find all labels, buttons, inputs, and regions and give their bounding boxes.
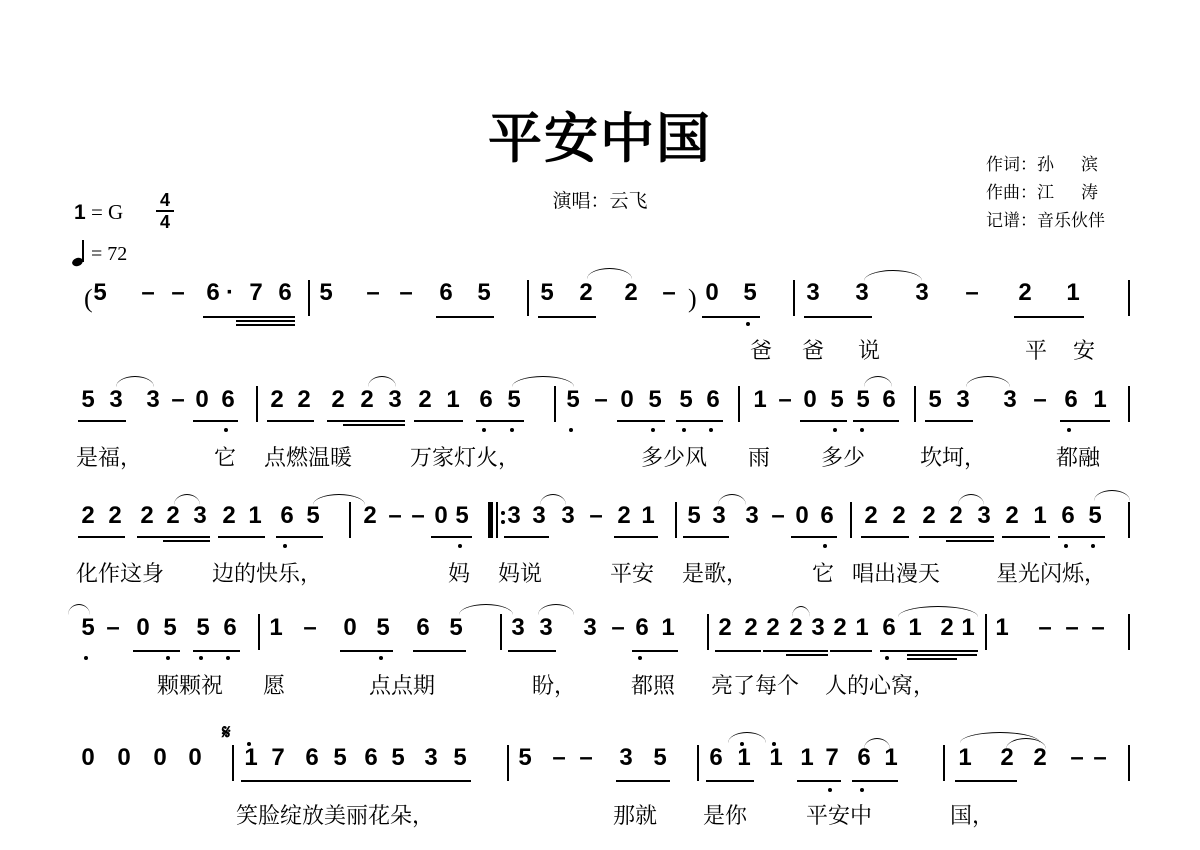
note: 5 [453,746,466,770]
note: · [226,281,234,305]
note: 1 [769,746,782,770]
repeat-start-thin-bar [496,502,498,538]
slur-arc [459,604,513,615]
barline [308,280,310,316]
beam-underline [791,536,837,538]
slur-arc [1094,490,1130,501]
note: 5 [507,388,520,412]
note: – [1038,616,1051,640]
beam-underline [436,316,494,318]
lyric: 说 [858,340,880,364]
note: 0 [81,746,94,770]
note: 1 [641,504,654,528]
key-name: = G [86,200,124,224]
note: – [778,388,791,412]
octave-dot [833,428,837,432]
note: 5 [449,616,462,640]
note: 0 [434,504,447,528]
transcriber-credit: 记谱：音乐伙伴 [986,207,1105,235]
note: – [1091,616,1104,640]
note: – [141,281,154,305]
note: 0 [803,388,816,412]
note: 5 [928,388,941,412]
barline [697,745,699,781]
beam-underline [800,420,847,422]
note: 2 [418,388,431,412]
note: 0 [343,616,356,640]
slur-arc [538,604,574,615]
barline [793,280,795,316]
barline [675,502,677,538]
note: 5 [391,746,404,770]
octave-dot [283,544,287,548]
octave-dot [1091,544,1095,548]
note: 0 [795,504,808,528]
slur-arc [898,606,978,617]
beam-underline [617,420,665,422]
octave-dot [709,428,713,432]
slur-arc [864,376,892,387]
octave-dot [1067,428,1071,432]
note: 3 [811,616,824,640]
beam-underline [163,540,210,542]
note: 6 [221,388,234,412]
beam-underline [78,420,126,422]
note: 5 [566,388,579,412]
note: 2 [1033,746,1046,770]
beam-underline [78,536,125,538]
slur-arc [512,376,574,387]
note: 2 [108,504,121,528]
note: 0 [620,388,633,412]
barline [1128,386,1130,422]
lyric: 人的心窝， [825,675,935,699]
note: 3 [539,616,552,640]
note: 3 [388,388,401,412]
note: 2 [1018,281,1031,305]
slur-arc [728,732,766,743]
octave-dot [247,742,251,746]
note: 5 [333,746,346,770]
lyric: 安 [1073,340,1095,364]
beam-underline [852,780,898,782]
octave-dot [828,788,832,792]
beam-underline [1014,316,1084,318]
repeat-dots [501,506,505,529]
note: 1 [908,616,921,640]
note: – [1070,746,1083,770]
beam-underline [804,316,872,318]
octave-dot [166,656,170,660]
beam-underline [276,536,323,538]
lyric: 唱出漫天 [852,563,940,587]
note: – [171,281,184,305]
lyric: 边的快乐， [212,563,322,587]
note: – [106,616,119,640]
barline [738,386,740,422]
octave-dot [224,428,228,432]
note: 1 [1093,388,1106,412]
note: – [388,504,401,528]
lyric: 平 [1025,340,1047,364]
note: 2 [744,616,757,640]
beam-underline [193,650,240,652]
note: 1 [800,746,813,770]
beam-underline [476,420,524,422]
beam-underline [538,316,596,318]
lyric: 它 [214,447,236,471]
note: – [589,504,602,528]
open-paren-mark: ( [84,284,93,314]
note: 3 [745,504,758,528]
note: – [366,281,379,305]
quarter-note-icon [72,240,86,266]
lyric: 国， [950,805,994,829]
note: 3 [977,504,990,528]
octave-dot [569,428,573,432]
note: 6 [223,616,236,640]
barline [507,745,509,781]
note: 6 [1064,388,1077,412]
note: 3 [532,504,545,528]
key-signature: 1 = G [74,200,123,225]
beam-underline [925,420,973,422]
barline [232,745,234,781]
lyric: 点点期 [369,675,435,699]
note: 2 [718,616,731,640]
note: 3 [511,616,524,640]
note: 0 [117,746,130,770]
note: – [1065,616,1078,640]
note: 2 [617,504,630,528]
beam-underline [907,654,977,656]
note: 6 [857,746,870,770]
note: – [662,281,675,305]
note: 3 [956,388,969,412]
note: 3 [915,281,928,305]
note: 5 [518,746,531,770]
beam-underline [241,780,289,782]
note: 2 [766,616,779,640]
barline [1128,280,1130,316]
note: 6 [635,616,648,640]
barline [985,614,987,650]
repeat-start-thick-bar [488,502,493,538]
note: 0 [188,746,201,770]
note: 2 [624,281,637,305]
slur-arc [68,604,90,615]
note: – [1033,388,1046,412]
note: 7 [271,746,284,770]
note: 6 [280,504,293,528]
beam-underline [946,540,994,542]
note: 6 [206,281,219,305]
note: 2 [297,388,310,412]
note: 5 [319,281,332,305]
note: 1 [961,616,974,640]
lyric: 都融 [1056,447,1100,471]
note: – [594,388,607,412]
note: 3 [806,281,819,305]
barline [527,280,529,316]
note: 5 [1088,504,1101,528]
lyric: 那就 [613,805,657,829]
beam-underline [1058,536,1105,538]
octave-dot [226,656,230,660]
note: 5 [81,616,94,640]
barline [914,386,916,422]
beam-underline [614,536,658,538]
slur-arc [540,494,566,505]
meter-top: 4 [156,191,174,209]
note: 2 [360,388,373,412]
note: 6 [882,616,895,640]
lyric: 是歌， [682,563,748,587]
barline [256,386,258,422]
note: 3 [507,504,520,528]
beam-underline [508,650,556,652]
note: 6 [709,746,722,770]
slur-arc [368,376,396,387]
beam-underline [133,650,180,652]
note: 1 [244,746,257,770]
note: – [611,616,624,640]
meter-bottom: 4 [156,213,174,231]
beam-underline [343,424,405,426]
note: – [411,504,424,528]
beam-underline [702,316,760,318]
note: 1 [1033,504,1046,528]
note: 2 [833,616,846,640]
barline [554,386,556,422]
beam-underline [632,650,678,652]
beam-underline [193,420,238,422]
beam-underline [676,420,723,422]
lyric: 亮了每个 [711,675,799,699]
beam-underline [413,650,466,652]
note: 5 [163,616,176,640]
octave-dot [458,544,462,548]
note: 5 [93,281,106,305]
note: 2 [864,504,877,528]
note: 1 [269,616,282,640]
beam-underline [706,780,754,782]
beam-underline [327,420,405,422]
note: 1 [855,616,868,640]
octave-dot [199,656,203,660]
note: 1 [661,616,674,640]
beam-underline [218,536,265,538]
note: 3 [424,746,437,770]
lyric: 颗颗祝 [157,675,223,699]
octave-dot [482,428,486,432]
lyric: 爸 [802,340,824,364]
lyric: 盼， [532,675,576,699]
beam-underline [1060,420,1110,422]
octave-dot [860,428,864,432]
note: 1 [737,746,750,770]
lyric: 都照 [631,675,675,699]
lyricist-credit: 作词：孙 滨 [986,151,1105,179]
note: 6 [479,388,492,412]
note: 0 [136,616,149,640]
beam-underline [919,536,994,538]
note: 1 [958,746,971,770]
note: 2 [363,504,376,528]
note: 5 [477,281,490,305]
beam-underline [414,420,463,422]
octave-dot [638,656,642,660]
note: 6 [820,504,833,528]
note: 2 [940,616,953,640]
beam-underline [715,650,761,652]
note: 1 [753,388,766,412]
note: 5 [196,616,209,640]
composer-credit: 作曲：江 涛 [986,179,1105,207]
beam-underline [431,536,472,538]
beam-underline [203,316,295,318]
note: 0 [153,746,166,770]
slur-arc [958,494,984,505]
lyric: 坎坷， [920,447,986,471]
octave-dot [84,656,88,660]
note: – [771,504,784,528]
note: 2 [81,504,94,528]
lyric: 妈 [448,563,470,587]
note: 7 [249,281,262,305]
lyric: 愿 [263,675,285,699]
beam-underline [907,658,957,660]
barline [943,745,945,781]
octave-dot [885,656,889,660]
beam-underline [616,780,670,782]
note: 5 [376,616,389,640]
lyric: 化作这身 [76,563,164,587]
lyric: 万家灯火， [410,447,520,471]
note: – [965,281,978,305]
note: 5 [679,388,692,412]
beam-underline [880,650,978,652]
note: 3 [619,746,632,770]
octave-dot [772,742,776,746]
note: 3 [146,388,159,412]
lyric: 多少 [821,447,865,471]
note: 6 [706,388,719,412]
slur-arc [864,270,922,281]
note: – [552,746,565,770]
note: 2 [222,504,235,528]
note: – [1093,746,1106,770]
barline [1128,614,1130,650]
note: 5 [856,388,869,412]
beam-underline [340,650,393,652]
lyric: 是你 [703,805,747,829]
close-paren-mark: ) [688,284,697,314]
note: 5 [687,504,700,528]
octave-dot [860,788,864,792]
note: 0 [705,281,718,305]
lyric: 笑脸绽放美丽花朵， [236,805,434,829]
note: 1 [446,388,459,412]
note: 3 [855,281,868,305]
beam-underline [504,536,549,538]
lyric: 是福， [76,447,142,471]
note: 2 [789,616,802,640]
slur-arc [864,738,890,749]
note: 3 [561,504,574,528]
credits-block: 作词：孙 滨 作曲：江 涛 记谱：音乐伙伴 [986,151,1105,235]
note: 2 [166,504,179,528]
beam-underline [236,324,295,326]
note: 5 [540,281,553,305]
beam-underline [1002,536,1050,538]
slur-arc [718,494,746,505]
note: – [579,746,592,770]
lyric: 爸 [750,340,772,364]
tempo-value: = 72 [86,243,127,265]
note: 2 [892,504,905,528]
octave-dot [379,656,383,660]
lyric: 平安 [610,563,654,587]
note: 3 [193,504,206,528]
note: 2 [1005,504,1018,528]
note: 0 [195,388,208,412]
note: 2 [270,388,283,412]
time-signature: 4 4 [156,191,174,231]
lyric: 多少风 [641,447,707,471]
octave-dot [510,428,514,432]
note: 1 [248,504,261,528]
barline [258,614,260,650]
beam-underline [853,420,899,422]
note: 3 [1003,388,1016,412]
note: 5 [81,388,94,412]
slur-arc [587,268,632,279]
octave-dot [651,428,655,432]
barline [349,502,351,538]
slur-arc [792,606,810,617]
lyric: 平安中 [806,805,872,829]
note: 5 [306,504,319,528]
note: 3 [109,388,122,412]
octave-dot [823,544,827,548]
barline [1128,745,1130,781]
note: 5 [653,746,666,770]
lyric: 雨 [748,447,770,471]
octave-dot [746,322,750,326]
note: 5 [830,388,843,412]
beam-underline [830,650,872,652]
note: 6 [882,388,895,412]
beam-underline [137,536,210,538]
note: 6 [278,281,291,305]
octave-dot [682,428,686,432]
slur-arc [313,494,365,505]
note: 2 [949,504,962,528]
segno-icon: 𝄋 [222,720,231,744]
beam-underline [267,420,314,422]
barline [500,614,502,650]
beam-underline [763,650,828,652]
note: 2 [331,388,344,412]
beam-underline [236,320,295,322]
beam-underline [786,654,828,656]
note: 3 [712,504,725,528]
note: 3 [583,616,596,640]
beam-underline [361,780,409,782]
barline [707,614,709,650]
note: – [399,281,412,305]
